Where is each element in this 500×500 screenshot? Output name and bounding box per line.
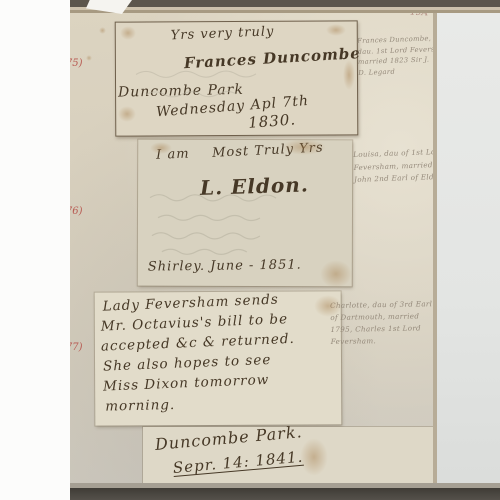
handwriting-line: Miss Dixon tomorrow xyxy=(103,372,270,395)
fragment-duncombe-letter: Yrs very truly Frances Duncombe Duncombe… xyxy=(115,20,359,136)
background-left-strip xyxy=(0,0,70,500)
handwriting-line: She also hopes to see xyxy=(103,352,272,375)
handwriting-dateline-1841: Sepr. 14: 1841. xyxy=(172,448,304,477)
fragment-duncombe-dateline: Duncombe Park. Sepr. 14: 1841. xyxy=(143,427,458,488)
photo-bottom-band xyxy=(70,488,500,500)
handwriting-line: Lady Feversham sends xyxy=(102,292,279,315)
show-through-writing xyxy=(138,140,351,285)
fragment-feversham-note: Lady Feversham sends Mr. Octavius's bill… xyxy=(95,291,342,425)
background-right-strip xyxy=(437,0,500,500)
photo-top-band xyxy=(70,0,500,7)
fragment-eldon-letter: I am Most Truly Yrs L. Eldon. Shirley. J… xyxy=(138,140,353,287)
show-through-writing xyxy=(116,21,356,133)
photo-of-album-page: 19A (75) (76) (77) Yrs very truly France… xyxy=(0,0,500,500)
page-right-edge xyxy=(433,0,437,500)
handwriting-line: morning. xyxy=(105,397,175,415)
page-top-edge-shadow xyxy=(70,10,500,13)
handwriting-line: Mr. Octavius's bill to be xyxy=(101,311,289,335)
